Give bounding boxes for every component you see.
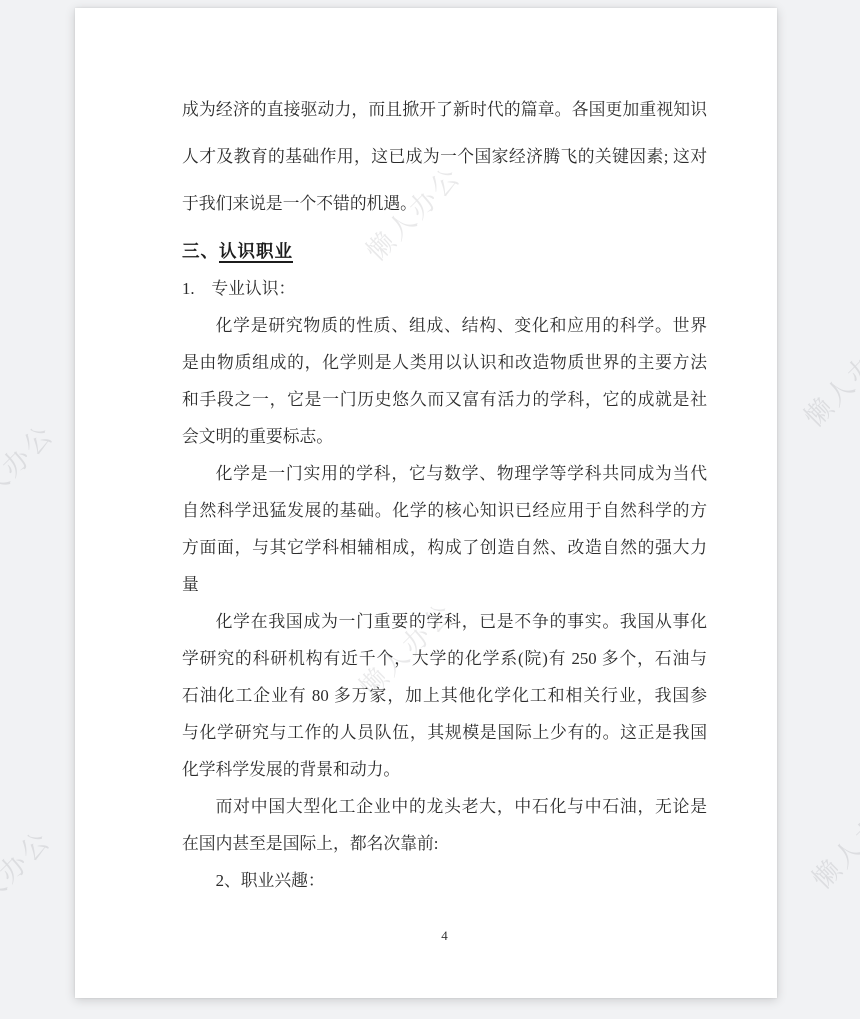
text-line: 自然科学迅猛发展的基础。化学的核心知识已经应用于自然科学的方	[182, 492, 707, 529]
body-paragraph-chemistry-in-china: 化学在我国成为一门重要的学科，已是不争的事实。我国从事化 学研究的科研机构有近千…	[182, 603, 707, 788]
intro-paragraph: 成为经济的直接驱动力，而且掀开了新时代的篇章。各国更加重视知识 人才及教育的基础…	[182, 86, 707, 227]
text-line: 方面面，与其它学科相辅相成，构成了创造自然、改造自然的强大力	[182, 529, 707, 566]
text-line: 成为经济的直接驱动力，而且掀开了新时代的篇章。各国更加重视知识	[182, 86, 707, 133]
subsection-1-label: 1. 专业认识：	[182, 270, 707, 307]
watermark-text: 懒人办公	[794, 322, 860, 434]
text-line: 会文明的重要标志。	[182, 418, 707, 455]
text-line: 量	[182, 566, 707, 603]
text-line: 与化学研究与工作的人员队伍，其规模是国际上少有的。这正是我国	[182, 714, 707, 751]
section-heading: 三、认识职业	[182, 233, 707, 270]
text-line: 化学是一门实用的学科，它与数学、物理学等学科共同成为当代	[182, 455, 707, 492]
text-line: 在国内甚至是国际上，都名次靠前:	[182, 825, 707, 862]
section-heading-title: 认识职业	[219, 241, 293, 261]
text-line: 而对中国大型化工企业中的龙头老大，中石化与中石油，无论是	[182, 788, 707, 825]
subsection-2-label: 2、职业兴趣：	[182, 862, 707, 899]
watermark-text: 懒人办公	[802, 784, 860, 896]
text-line: 是由物质组成的，化学则是人类用以认识和改造物质世界的主要方法	[182, 344, 707, 381]
document-page: 成为经济的直接驱动力，而且掀开了新时代的篇章。各国更加重视知识 人才及教育的基础…	[75, 8, 777, 998]
text-line: 于我们来说是一个不错的机遇。	[182, 180, 707, 227]
watermark-text: 懒人办公	[0, 414, 61, 526]
text-line: 化学是研究物质的性质、组成、结构、变化和应用的科学。世界	[182, 307, 707, 344]
body-paragraph-chemistry-practical: 化学是一门实用的学科，它与数学、物理学等学科共同成为当代 自然科学迅猛发展的基础…	[182, 455, 707, 603]
text-line: 石油化工企业有 80 多万家，加上其他化学化工和相关行业，我国参	[182, 677, 707, 714]
text-line: 化学在我国成为一门重要的学科，已是不争的事实。我国从事化	[182, 603, 707, 640]
text-line: 化学科学发展的背景和动力。	[182, 751, 707, 788]
text-line: 和手段之一，它是一门历史悠久而又富有活力的学科，它的成就是社	[182, 381, 707, 418]
body-paragraph-chemistry-definition: 化学是研究物质的性质、组成、结构、变化和应用的科学。世界 是由物质组成的，化学则…	[182, 307, 707, 455]
page-content: 成为经济的直接驱动力，而且掀开了新时代的篇章。各国更加重视知识 人才及教育的基础…	[75, 8, 777, 899]
page-number: 4	[182, 928, 707, 944]
section-heading-prefix: 三、	[182, 241, 219, 261]
text-line: 学研究的科研机构有近千个，大学的化学系(院)有 250 多个，石油与	[182, 640, 707, 677]
watermark-text: 懒人办公	[0, 820, 58, 932]
body-paragraph-leading-companies: 而对中国大型化工企业中的龙头老大，中石化与中石油，无论是 在国内甚至是国际上，都…	[182, 788, 707, 862]
text-line: 人才及教育的基础作用，这已成为一个国家经济腾飞的关键因素; 这对	[182, 133, 707, 180]
